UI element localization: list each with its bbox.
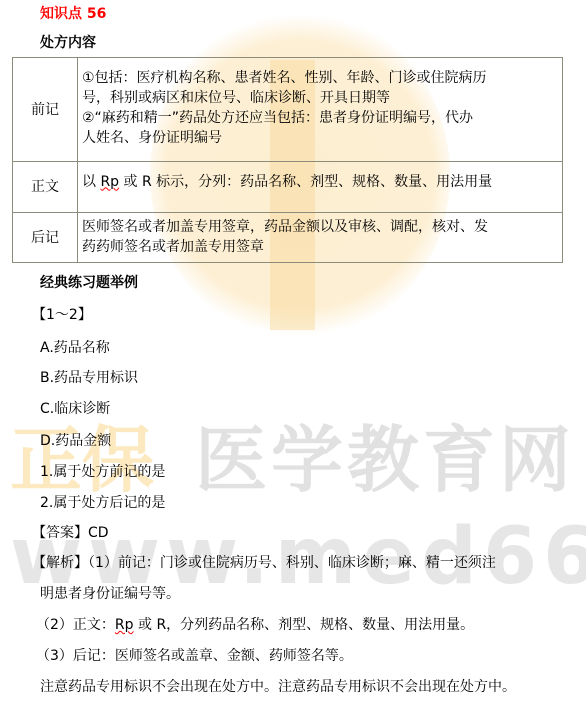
table-row: 正文 以 Rp 或 R 标示，分列：药品名称、剂型、规格、数量、用法用量 bbox=[13, 162, 563, 213]
row-label: 后记 bbox=[13, 213, 78, 263]
note-line: 注意药品专用标识不会出现在处方中。注意药品专用标识不会出现在处方中。 bbox=[40, 676, 516, 696]
analysis-line-3: （2）正文：Rp 或 R，分列药品名称、剂型、规格、数量、用法用量。 bbox=[36, 614, 474, 634]
answer-line: 【答案】CD bbox=[32, 522, 109, 542]
row-label: 正文 bbox=[13, 162, 78, 213]
option-c: C.临床诊断 bbox=[40, 398, 110, 418]
question-2: 2.属于处方后记的是 bbox=[40, 492, 165, 512]
table-row: 前记 ①包括：医疗机构名称、患者姓名、性别、年龄、门诊或住院病历 号，科别或病区… bbox=[13, 58, 563, 162]
option-b: B.药品专用标识 bbox=[40, 367, 138, 387]
row-content: 医师签名或者加盖专用签章，药品金额以及审核、调配，核对、发 药药师签名或者加盖专… bbox=[78, 213, 563, 263]
option-d: D.药品金额 bbox=[40, 430, 111, 450]
practice-title: 经典练习题举例 bbox=[40, 272, 138, 292]
analysis-line-4: （3）后记：医师签名或盖章、金额、药师签名等。 bbox=[36, 645, 353, 665]
row-label: 前记 bbox=[13, 58, 78, 162]
spellcheck-word: Rp bbox=[100, 174, 119, 190]
question-1: 1.属于处方前记的是 bbox=[40, 461, 165, 481]
row-content: ①包括：医疗机构名称、患者姓名、性别、年龄、门诊或住院病历 号，科别或病区和床位… bbox=[78, 58, 563, 162]
option-a: A.药品名称 bbox=[40, 337, 110, 357]
row-content: 以 Rp 或 R 标示，分列：药品名称、剂型、规格、数量、用法用量 bbox=[78, 162, 563, 213]
knowledge-point-title: 知识点 56 bbox=[40, 3, 106, 23]
prescription-table: 前记 ①包括：医疗机构名称、患者姓名、性别、年龄、门诊或住院病历 号，科别或病区… bbox=[12, 57, 563, 263]
spellcheck-word: Rp bbox=[115, 617, 134, 633]
watermark-site-name: 医学教育网 bbox=[195, 402, 575, 506]
analysis-line-1: 【解析】（1）前记：门诊或住院病历号、科别、临床诊断；麻、精一还须注 bbox=[32, 552, 496, 572]
answer-value: CD bbox=[88, 525, 109, 541]
question-range: 【1～2】 bbox=[32, 304, 92, 324]
table-row: 后记 医师签名或者加盖专用签章，药品金额以及审核、调配，核对、发 药药师签名或者… bbox=[13, 213, 563, 263]
analysis-line-2: 明患者身份证编号等。 bbox=[40, 583, 180, 603]
section-title: 处方内容 bbox=[40, 32, 96, 52]
